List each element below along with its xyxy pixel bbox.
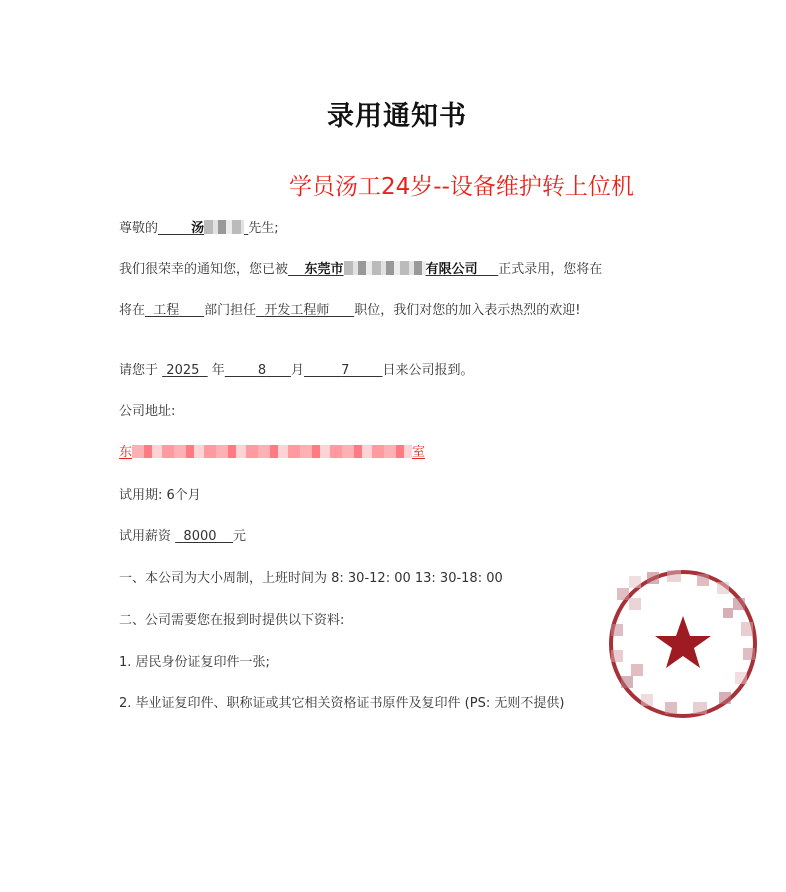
probation-period: 试用期: 6个月 — [119, 484, 201, 503]
report-day: 7 — [341, 363, 349, 378]
offer-line-2: 将在 工程 部门担任 开发工程师 职位，我们对您的加入表示热烈的欢迎! — [119, 299, 580, 318]
report-date-suffix: 日来公司报到。 — [383, 363, 474, 378]
report-date-line: 请您于 2025 年 8 月 7 日来公司报到。 — [119, 359, 474, 378]
candidate-name: 汤 — [191, 221, 204, 236]
salary-line: 试用薪资 8000 元 — [119, 525, 246, 544]
offer-line-1-suffix: 正式录用，您将在 — [498, 262, 602, 277]
redacted-address — [132, 445, 412, 458]
address-label: 公司地址: — [119, 400, 175, 419]
report-year: 2025 — [166, 363, 199, 378]
company-address: 东室 — [119, 441, 425, 460]
required-document-item: 2. 毕业证复印件、职称证或其它相关资格证书原件及复印件 (PS: 无则不提供) — [119, 692, 564, 711]
address-end: 室 — [412, 445, 425, 460]
company-name-end: 有限公司 — [426, 262, 478, 277]
required-documents-heading: 二、公司需要您在报到时提供以下资料: — [119, 609, 344, 628]
greeting-line: 尊敬的 汤 先生; — [119, 217, 279, 236]
position: 开发工程师 — [264, 303, 329, 318]
address-start: 东 — [119, 445, 132, 460]
salary-suffix: 元 — [233, 529, 246, 544]
offer-line-1: 我们很荣幸的通知您，您已被 东莞市有限公司 正式录用，您将在 — [119, 258, 602, 277]
offer-line-1-prefix: 我们很荣幸的通知您，您已被 — [119, 262, 288, 277]
offer-line-2-prefix: 将在 — [119, 303, 145, 318]
required-document-item: 1. 居民身份证复印件一张; — [119, 651, 270, 670]
greeting-suffix: 先生; — [248, 221, 278, 236]
report-date-prefix: 请您于 — [119, 363, 158, 378]
salary-prefix: 试用薪资 — [119, 529, 171, 544]
greeting-prefix: 尊敬的 — [119, 221, 158, 236]
company-seal-stamp — [607, 568, 759, 720]
company-name-start: 东莞市 — [305, 262, 344, 277]
working-hours: 一、本公司为大小周制，上班时间为 8: 30-12: 00 13: 30-18:… — [119, 567, 503, 586]
redacted-name — [204, 220, 244, 234]
report-month: 8 — [258, 363, 266, 378]
redacted-company — [344, 261, 426, 275]
document-title: 录用通知书 — [0, 94, 786, 133]
year-label: 年 — [212, 363, 225, 378]
salary-amount: 8000 — [183, 529, 216, 544]
department: 工程 — [153, 303, 179, 318]
offer-line-2-mid: 部门担任 — [204, 303, 256, 318]
month-label: 月 — [291, 363, 304, 378]
document-subtitle: 学员汤工24岁--设备维护转上位机 — [289, 168, 634, 201]
offer-line-2-suffix: 职位，我们对您的加入表示热烈的欢迎! — [354, 303, 580, 318]
